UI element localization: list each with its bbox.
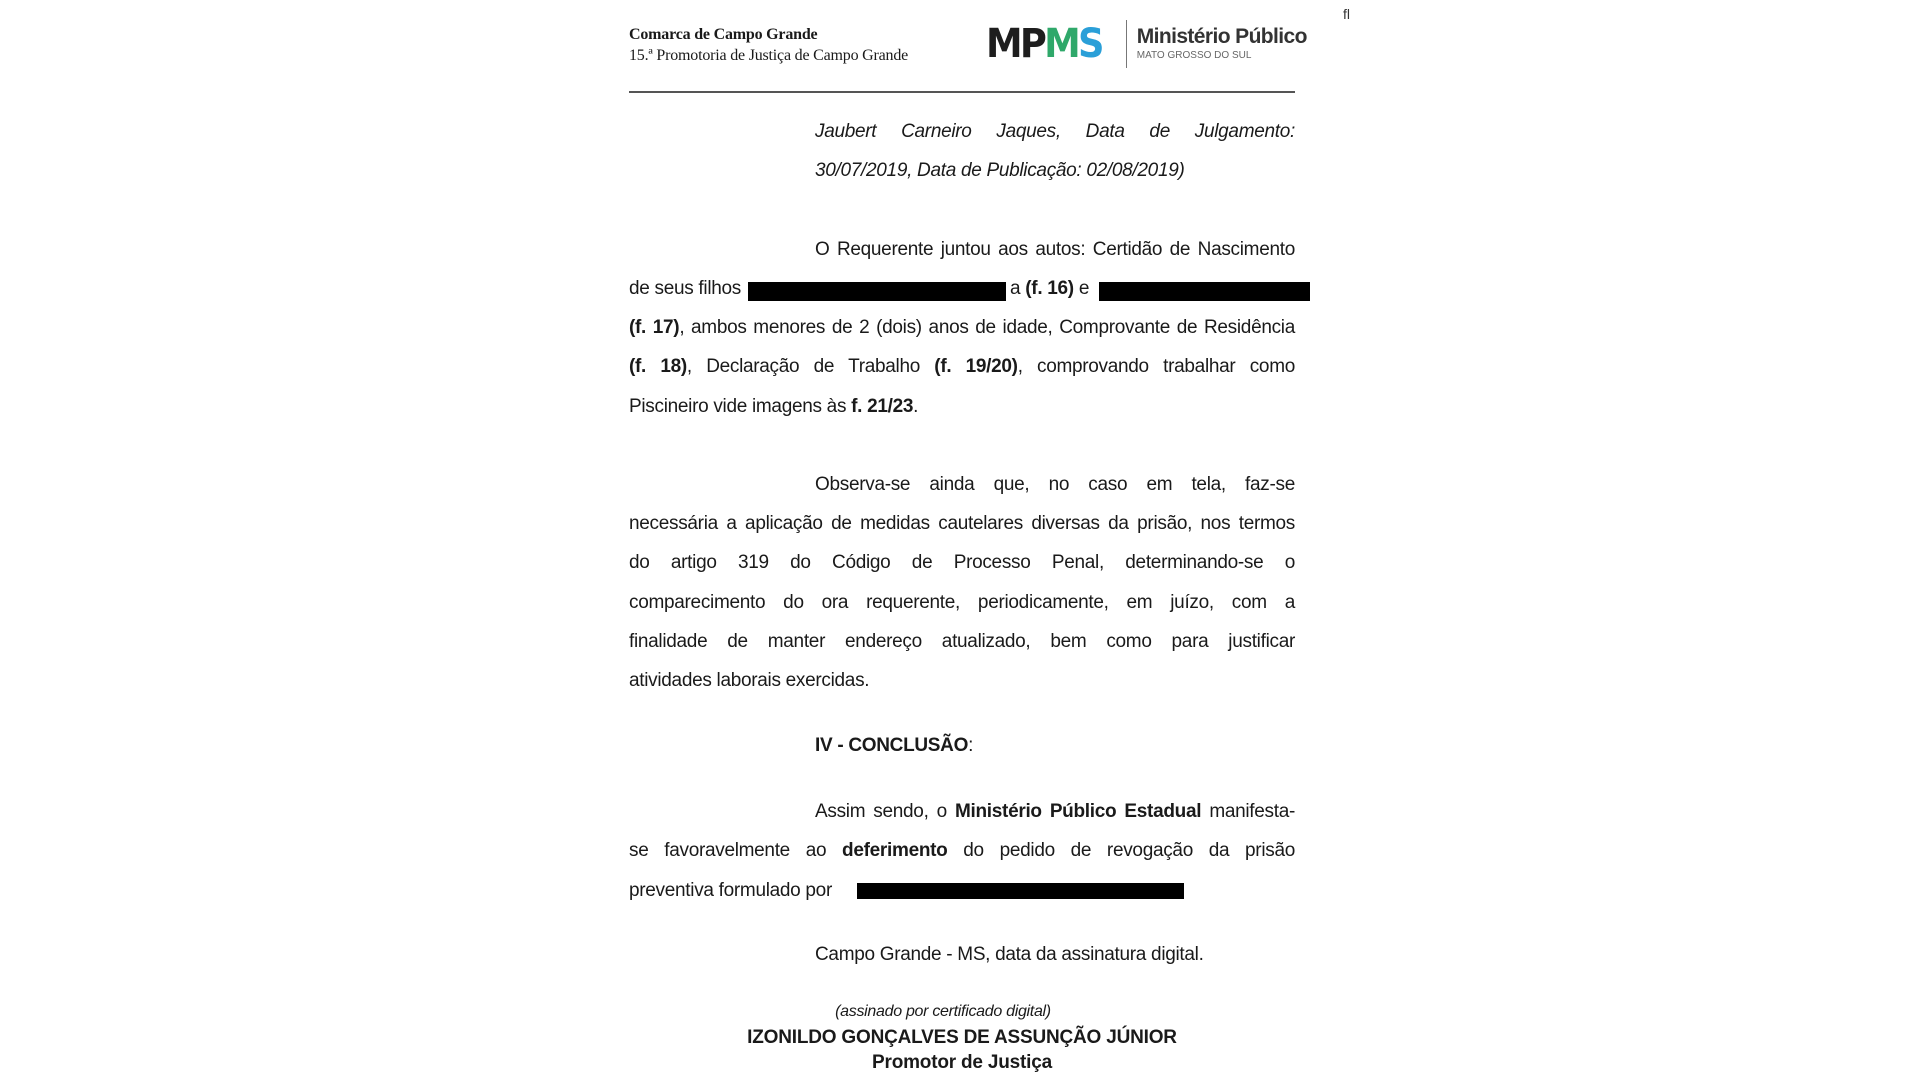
para2-line-3: do artigo 319 do Código de Processo Pena…: [629, 551, 1295, 575]
para1-line-1: O Requerente juntou aos autos: Certidão …: [815, 238, 1295, 262]
redaction-box: [748, 282, 1006, 301]
header-promotoria: 15.ª Promotoria de Justiça de Campo Gran…: [629, 47, 908, 65]
header-divider: [629, 91, 1295, 93]
citation-line-2: 30/07/2019, Data de Publicação: 02/08/20…: [815, 159, 1295, 183]
redaction-box: [857, 883, 1184, 899]
mpms-logo: MPMS Ministério Público MATO GROSSO DO S…: [986, 18, 1307, 70]
para1-line-3: (f. 17), ambos menores de 2 (dois) anos …: [629, 316, 1295, 340]
mpms-logo-mark: MPMS: [986, 21, 1102, 67]
section-heading: IV - CONCLUSÃO:: [815, 734, 1295, 758]
para2-line-6: atividades laborais exercidas.: [629, 669, 1295, 693]
place-date: Campo Grande - MS, data da assinatura di…: [815, 943, 1295, 967]
logo-divider: [1126, 20, 1127, 68]
para1-line-5: Piscineiro vide imagens às f. 21/23.: [629, 395, 1295, 419]
para2-line-4: comparecimento do ora requerente, period…: [629, 591, 1295, 615]
page-corner-mark: fl: [1343, 6, 1350, 22]
logo-title: Ministério Público: [1137, 25, 1307, 49]
para1-line-4: (f. 18), Declaração de Trabalho (f. 19/2…: [629, 355, 1295, 379]
para2-line-2: necessária a aplicação de medidas cautel…: [629, 512, 1295, 536]
para1-line-2-ref: a (f. 16) e: [1010, 277, 1089, 301]
header-comarca: Comarca de Campo Grande: [629, 26, 817, 44]
para2-line-1: Observa-se ainda que, no caso em tela, f…: [815, 473, 1295, 497]
citation-line-1: Jaubert Carneiro Jaques, Data de Julgame…: [815, 120, 1295, 144]
conclusion-line-2: se favoravelmente ao deferimento do pedi…: [629, 839, 1295, 863]
logo-subtitle: MATO GROSSO DO SUL: [1137, 49, 1307, 63]
signature-note: (assinado por certificado digital): [629, 1003, 1295, 1021]
signature-role: Promotor de Justiça: [629, 1052, 1295, 1074]
logo-text: Ministério Público MATO GROSSO DO SUL: [1137, 25, 1307, 63]
redaction-box: [1099, 282, 1310, 301]
signature-name: IZONILDO GONÇALVES DE ASSUNÇÃO JÚNIOR: [629, 1027, 1295, 1049]
para2-line-5: finalidade de manter endereço atualizado…: [629, 630, 1295, 654]
conclusion-line-1: Assim sendo, o Ministério Público Estadu…: [815, 800, 1295, 824]
